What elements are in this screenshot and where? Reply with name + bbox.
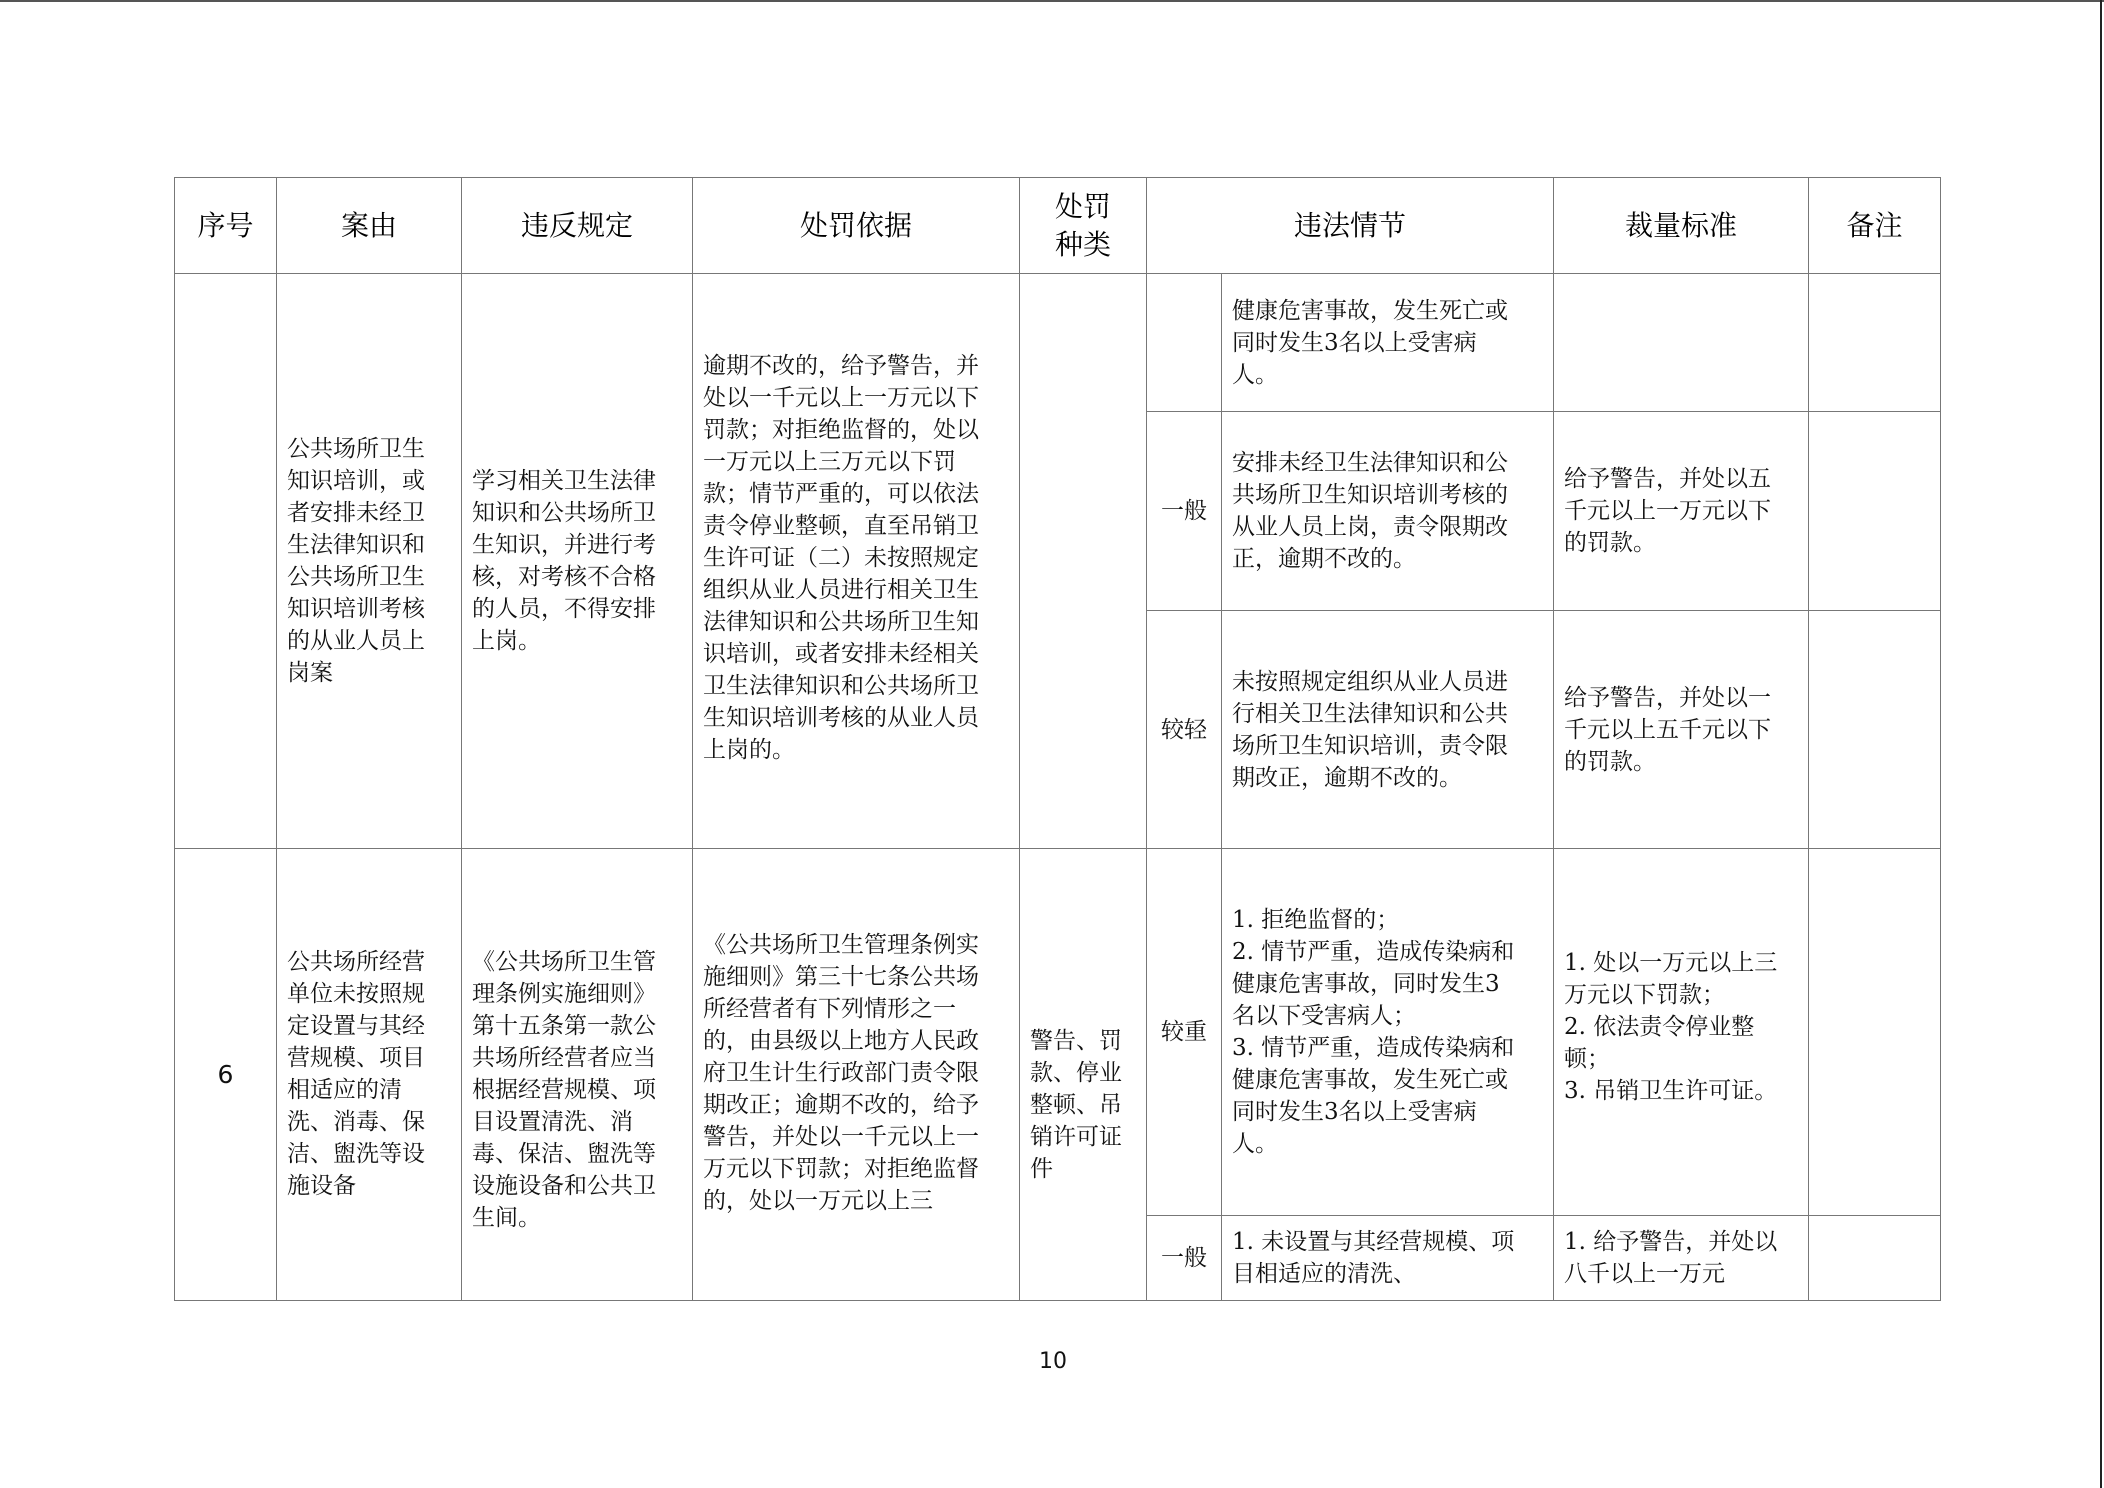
table-row-1-penalty-type [1019, 273, 1147, 849]
header-violated-rule-label: 违反规定 [521, 208, 633, 244]
table-row-1-case: 公共场所卫生 知识培训，或 者安排未经卫 生法律知识和 公共场所卫生 知识培训考… [276, 273, 462, 849]
case-text: 公共场所经营 单位未按照规 定设置与其经 营规模、项目 相适应的清 洗、消毒、保… [287, 946, 425, 1202]
header-case-label: 案由 [341, 208, 397, 244]
header-remarks-label: 备注 [1846, 208, 1902, 244]
header-violated-rule: 违反规定 [461, 177, 693, 274]
table-row-1-level-3: 较轻 [1146, 610, 1222, 849]
circumstance-text: 安排未经卫生法律知识和公 共场所卫生知识培训考核的 从业人员上岗，责令限期改 正… [1232, 447, 1508, 575]
table-row-1-level-3-standard: 给予警告，并处以一 千元以上五千元以下 的罚款。 [1553, 610, 1809, 849]
table-row-1-level-3-circumstance: 未按照规定组织从业人员进 行相关卫生法律知识和公共 场所卫生知识培训，责令限 期… [1221, 610, 1554, 849]
table-row-2-level-1: 较重 [1146, 848, 1222, 1216]
header-circumstances-label: 违法情节 [1294, 208, 1406, 244]
circumstance-text: 1. 未设置与其经营规模、项 目相适应的清洗、 [1232, 1226, 1514, 1290]
table-row-2-level-2-remarks [1808, 1215, 1941, 1301]
page-number: 10 [1020, 1349, 1086, 1374]
table-row-2-level-2-standard: 1. 给予警告，并处以 八千以上一万元 [1553, 1215, 1809, 1301]
penalty-type-text: 警告、罚 款、停业 整顿、吊 销许可证 件 [1030, 1025, 1122, 1185]
page-right-border [2100, 0, 2102, 1488]
header-penalty-type: 处罚 种类 [1019, 177, 1147, 274]
header-discretion-standard: 裁量标准 [1553, 177, 1809, 274]
level-label: 较轻 [1161, 714, 1207, 746]
level-label: 较重 [1161, 1016, 1207, 1048]
header-penalty-basis-label: 处罚依据 [800, 208, 912, 244]
header-penalty-basis: 处罚依据 [692, 177, 1020, 274]
table-row-1-level-1-remarks [1808, 273, 1941, 412]
violated-rule-text: 学习相关卫生法律 知识和公共场所卫 生知识，并进行考 核，对考核不合格 的人员，… [472, 465, 656, 657]
header-seq-label: 序号 [197, 208, 253, 244]
circumstance-text: 健康危害事故，发生死亡或 同时发生3名以上受害病 人。 [1232, 295, 1508, 391]
table-row-1-penalty-basis: 逾期不改的，给予警告，并 处以一千元以上一万元以下 罚款；对拒绝监督的，处以 一… [692, 273, 1020, 849]
table-row-2-seq: 6 [174, 848, 277, 1301]
table-row-2-level-1-standard: 1. 处以一万元以上三 万元以下罚款； 2. 依法责令停业整 顿； 3. 吊销卫… [1553, 848, 1809, 1216]
table-row-1-level-1-circumstance: 健康危害事故，发生死亡或 同时发生3名以上受害病 人。 [1221, 273, 1554, 412]
table-row-1-level-2: 一般 [1146, 411, 1222, 611]
table-row-1-level-2-remarks [1808, 411, 1941, 611]
table-row-2-penalty-type: 警告、罚 款、停业 整顿、吊 销许可证 件 [1019, 848, 1147, 1301]
table-row-1-level-1 [1146, 273, 1222, 412]
header-seq: 序号 [174, 177, 277, 274]
standard-text: 1. 处以一万元以上三 万元以下罚款； 2. 依法责令停业整 顿； 3. 吊销卫… [1564, 947, 1777, 1107]
table-row-2-level-2: 一般 [1146, 1215, 1222, 1301]
circumstance-text: 1. 拒绝监督的； 2. 情节严重，造成传染病和 健康危害事故，同时发生3 名以… [1232, 904, 1514, 1160]
table-row-2-level-1-remarks [1808, 848, 1941, 1216]
table-row-1-level-2-circumstance: 安排未经卫生法律知识和公 共场所卫生知识培训考核的 从业人员上岗，责令限期改 正… [1221, 411, 1554, 611]
table-row-2-level-1-circumstance: 1. 拒绝监督的； 2. 情节严重，造成传染病和 健康危害事故，同时发生3 名以… [1221, 848, 1554, 1216]
seq-value: 6 [218, 1059, 234, 1091]
table-row-2-level-2-circumstance: 1. 未设置与其经营规模、项 目相适应的清洗、 [1221, 1215, 1554, 1301]
table-row-1-seq [174, 273, 277, 849]
table-row-1-violated-rule: 学习相关卫生法律 知识和公共场所卫 生知识，并进行考 核，对考核不合格 的人员，… [461, 273, 693, 849]
level-label: 一般 [1161, 495, 1207, 527]
standard-text: 给予警告，并处以五 千元以上一万元以下 的罚款。 [1564, 463, 1771, 559]
standard-text: 给予警告，并处以一 千元以上五千元以下 的罚款。 [1564, 682, 1771, 778]
table-row-2-penalty-basis: 《公共场所卫生管理条例实 施细则》第三十七条公共场 所经营者有下列情形之一 的，… [692, 848, 1020, 1301]
case-text: 公共场所卫生 知识培训，或 者安排未经卫 生法律知识和 公共场所卫生 知识培训考… [287, 433, 425, 689]
penalty-basis-text: 《公共场所卫生管理条例实 施细则》第三十七条公共场 所经营者有下列情形之一 的，… [703, 929, 979, 1217]
penalty-basis-text: 逾期不改的，给予警告，并 处以一千元以上一万元以下 罚款；对拒绝监督的，处以 一… [703, 350, 979, 766]
table-row-2-case: 公共场所经营 单位未按照规 定设置与其经 营规模、项目 相适应的清 洗、消毒、保… [276, 848, 462, 1301]
circumstance-text: 未按照规定组织从业人员进 行相关卫生法律知识和公共 场所卫生知识培训，责令限 期… [1232, 666, 1508, 794]
page-top-border [0, 0, 2104, 2]
violated-rule-text: 《公共场所卫生管 理条例实施细则》 第十五条第一款公 共场所经营者应当 根据经营… [472, 946, 656, 1234]
level-label: 一般 [1161, 1242, 1207, 1274]
table-row-2-violated-rule: 《公共场所卫生管 理条例实施细则》 第十五条第一款公 共场所经营者应当 根据经营… [461, 848, 693, 1301]
header-penalty-type-label: 处罚 种类 [1055, 188, 1111, 264]
table-row-1-level-2-standard: 给予警告，并处以五 千元以上一万元以下 的罚款。 [1553, 411, 1809, 611]
table-row-1-level-1-standard [1553, 273, 1809, 412]
header-case: 案由 [276, 177, 462, 274]
table-row-1-level-3-remarks [1808, 610, 1941, 849]
header-remarks: 备注 [1808, 177, 1941, 274]
header-circumstances: 违法情节 [1146, 177, 1554, 274]
header-discretion-standard-label: 裁量标准 [1625, 208, 1737, 244]
standard-text: 1. 给予警告，并处以 八千以上一万元 [1564, 1226, 1777, 1290]
